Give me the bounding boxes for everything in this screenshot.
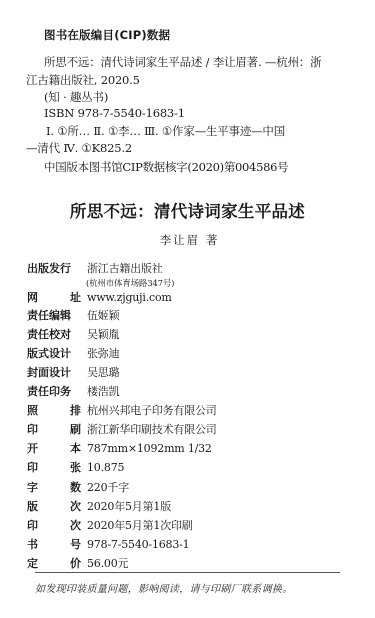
info-value: 吴颖胤: [87, 326, 119, 342]
info-value: 杭州兴邦电子印务有限公司: [87, 402, 217, 418]
info-value: 2020年5月第1版: [87, 498, 171, 514]
info-label: 责任编辑: [27, 307, 81, 323]
info-row: 书号978-7-5540-1683-1: [27, 534, 189, 554]
cip-line-3: (知 · 趣丛书): [44, 89, 108, 105]
cip-line-2: 江古籍出版社, 2020.5: [26, 72, 140, 88]
info-value: 220千字: [87, 479, 129, 495]
info-value: 10.875: [87, 461, 124, 474]
info-label: 封面设计: [27, 364, 81, 380]
info-value: 浙江古籍出版社: [87, 260, 163, 276]
info-value: 787mm×1092mm 1/32: [87, 442, 212, 455]
info-label: 网址: [27, 289, 81, 305]
info-label-char: 价: [70, 555, 81, 571]
info-label: 字数: [27, 479, 81, 495]
info-label: 版式设计: [27, 345, 81, 361]
info-value: 吴思璐: [87, 364, 119, 380]
info-label-char: 次: [70, 517, 81, 533]
info-value: 伍姬颖: [87, 307, 119, 323]
info-label: 出版发行: [27, 260, 81, 276]
info-value: 浙江新华印刷技术有限公司: [87, 421, 217, 437]
info-label-char: 本: [70, 440, 81, 456]
info-label-char: 书: [27, 536, 38, 552]
info-label-char: 网: [27, 289, 38, 305]
info-label-char: 张: [70, 459, 81, 475]
cip-line-5: Ⅰ. ①所… Ⅱ. ①李… Ⅲ. ①作家—生平事迹—中国: [46, 123, 285, 139]
info-label-char: 定: [27, 555, 38, 571]
info-row: 出版发行浙江古籍出版社: [27, 258, 163, 278]
info-label-char: 印: [27, 517, 38, 533]
book-title: 所思不远：清代诗词家生平品述: [0, 198, 375, 222]
cip-line-1: 所思不远：清代诗词家生平品述 / 李让眉著. —杭州：浙: [44, 54, 321, 70]
info-row: 开本787mm×1092mm 1/32: [27, 438, 212, 458]
info-label-char: 数: [70, 479, 81, 495]
info-row: 责任校对吴颖胤: [27, 324, 119, 344]
info-label: 开本: [27, 440, 81, 456]
info-row: 字数220千字: [27, 477, 129, 497]
info-label: 书号: [27, 536, 81, 552]
info-label: 印刷: [27, 421, 81, 437]
info-label: 责任校对: [27, 326, 81, 342]
info-label-text: 责任编辑: [27, 307, 71, 323]
info-row: 网址www.zjguji.com: [27, 287, 172, 307]
info-row: 封面设计吴思璐: [27, 362, 119, 382]
info-row: 责任编辑伍姬颖: [27, 305, 119, 325]
info-label: 印张: [27, 459, 81, 475]
info-label-char: 版: [27, 498, 38, 514]
info-label-char: 字: [27, 479, 38, 495]
info-label: 照排: [27, 402, 81, 418]
cip-core-data-number: 中国版本图书馆CIP数据核字(2020)第004586号: [44, 159, 288, 175]
info-value: 张弥迪: [87, 345, 119, 361]
info-label-char: 印: [27, 459, 38, 475]
info-row: 版式设计张弥迪: [27, 343, 119, 363]
info-label-char: 印: [27, 421, 38, 437]
info-label-char: 照: [27, 402, 38, 418]
info-value: 2020年5月第1次印刷: [87, 517, 193, 533]
info-label: 印次: [27, 517, 81, 533]
info-label: 责任印务: [27, 383, 81, 399]
info-label-text: 责任印务: [27, 383, 71, 399]
info-label-text: 封面设计: [27, 364, 71, 380]
divider: [35, 572, 340, 573]
info-label-char: 开: [27, 440, 38, 456]
info-value: 56.00元: [87, 555, 128, 571]
info-label: 版次: [27, 498, 81, 514]
info-label: 定价: [27, 555, 81, 571]
info-label-char: 址: [70, 289, 81, 305]
info-row: 照排杭州兴邦电子印务有限公司: [27, 400, 217, 420]
info-row: 定价56.00元: [27, 553, 128, 573]
cip-line-4: ISBN 978-7-5540-1683-1: [44, 106, 185, 120]
info-label-char: 刷: [70, 421, 81, 437]
info-label-char: 次: [70, 498, 81, 514]
info-value: 978-7-5540-1683-1: [87, 538, 189, 551]
info-label-text: 责任校对: [27, 326, 71, 342]
info-label-text: 版式设计: [27, 345, 71, 361]
info-value: 楼浩凯: [87, 383, 119, 399]
info-label-char: 排: [70, 402, 81, 418]
info-value: www.zjguji.com: [87, 291, 172, 304]
publisher-address: (杭州市体育场路347号): [86, 277, 174, 289]
info-row: 印刷浙江新华印刷技术有限公司: [27, 419, 217, 439]
info-row: 印次2020年5月第1次印刷: [27, 515, 193, 535]
info-label-char: 号: [70, 536, 81, 552]
cip-header: 图书在版编目(CIP)数据: [44, 27, 170, 43]
info-row: 版次2020年5月第1版: [27, 496, 171, 516]
author-line: 李让眉 著: [0, 232, 375, 248]
cip-line-6: —清代 Ⅳ. ①K825.2: [26, 140, 132, 156]
info-row: 印张10.875: [27, 457, 124, 477]
quality-notice: 如发现印装质量问题，影响阅读，请与印刷厂联系调换。: [35, 580, 293, 595]
info-row: 责任印务楼浩凯: [27, 381, 119, 401]
info-label-text: 出版发行: [27, 260, 71, 276]
